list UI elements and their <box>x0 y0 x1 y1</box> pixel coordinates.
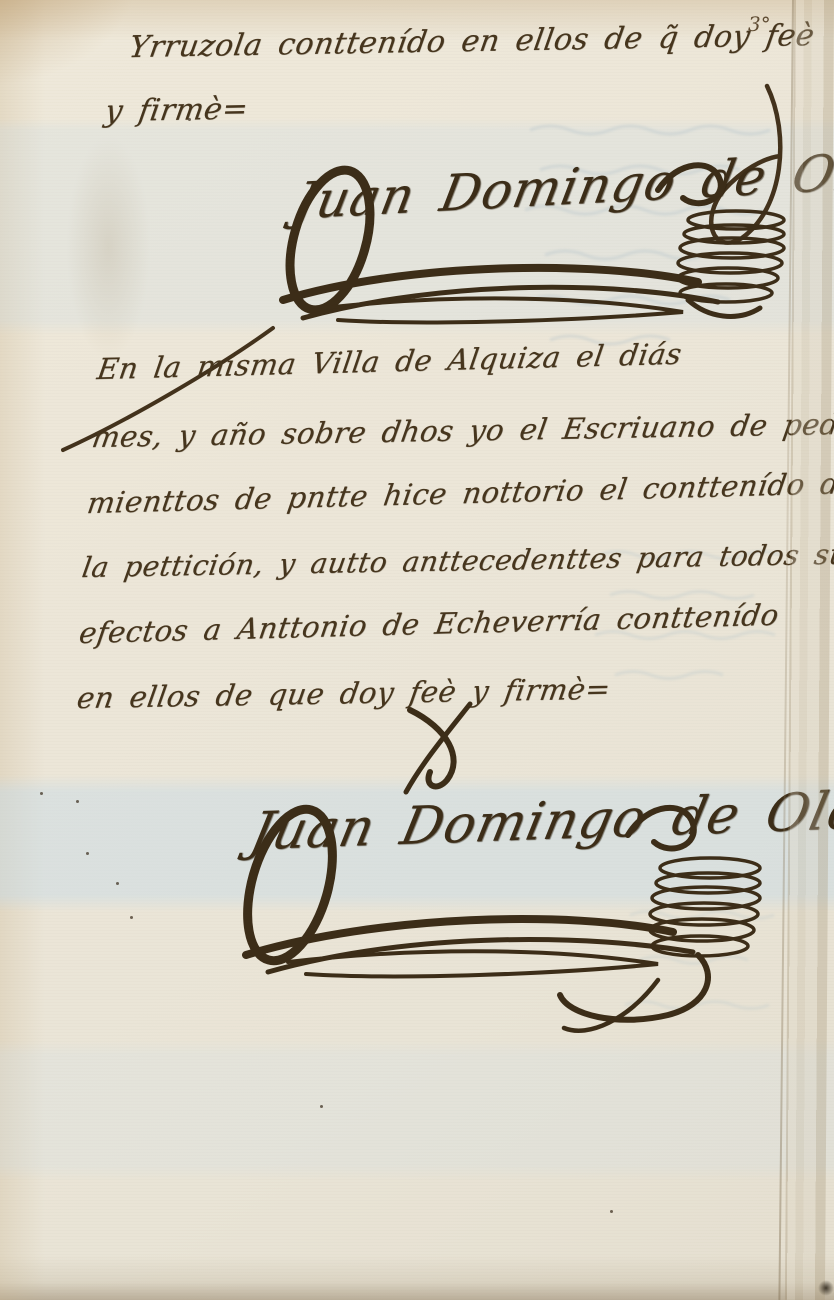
body-line-6: en ellos de que doy feè y firmè= <box>75 672 614 715</box>
paraph-cross-mark <box>392 698 492 798</box>
body-line-4: la pettición, y autto anttecedenttes par… <box>80 537 834 584</box>
closing-line-1: Yrruzola conttenído en ellos de q̃ doy f… <box>126 18 817 65</box>
body-line-2: mes, y año sobre dhos yo el Escriuano de… <box>90 407 834 454</box>
signature-1-name: Juan Domingo de Olotaè <box>291 137 834 231</box>
closing-line-2: y firmè= <box>102 92 250 130</box>
signature-2-name: Juan Domingo de Olotaè <box>245 778 834 863</box>
ink-speck <box>76 800 79 803</box>
ink-speck <box>116 882 119 885</box>
ink-speck <box>188 118 191 121</box>
ink-speck <box>86 852 89 855</box>
body-line-1: En la misma Villa de Alquiza el diás <box>95 337 684 386</box>
page-edge-strip <box>785 0 834 1300</box>
ink-speck <box>320 1105 323 1108</box>
ink-speck <box>610 1210 613 1213</box>
corner-ink-spot <box>818 1280 834 1296</box>
ink-speck <box>130 916 133 919</box>
ink-speck <box>40 792 43 795</box>
manuscript-page: 3° Yrruzola conttenído en ellos de q̃ do… <box>0 0 834 1300</box>
body-line-3: mienttos de pntte hice nottorio el contt… <box>85 466 834 520</box>
body-line-5: efectos a Anttonio de Echeverría contten… <box>77 598 781 650</box>
